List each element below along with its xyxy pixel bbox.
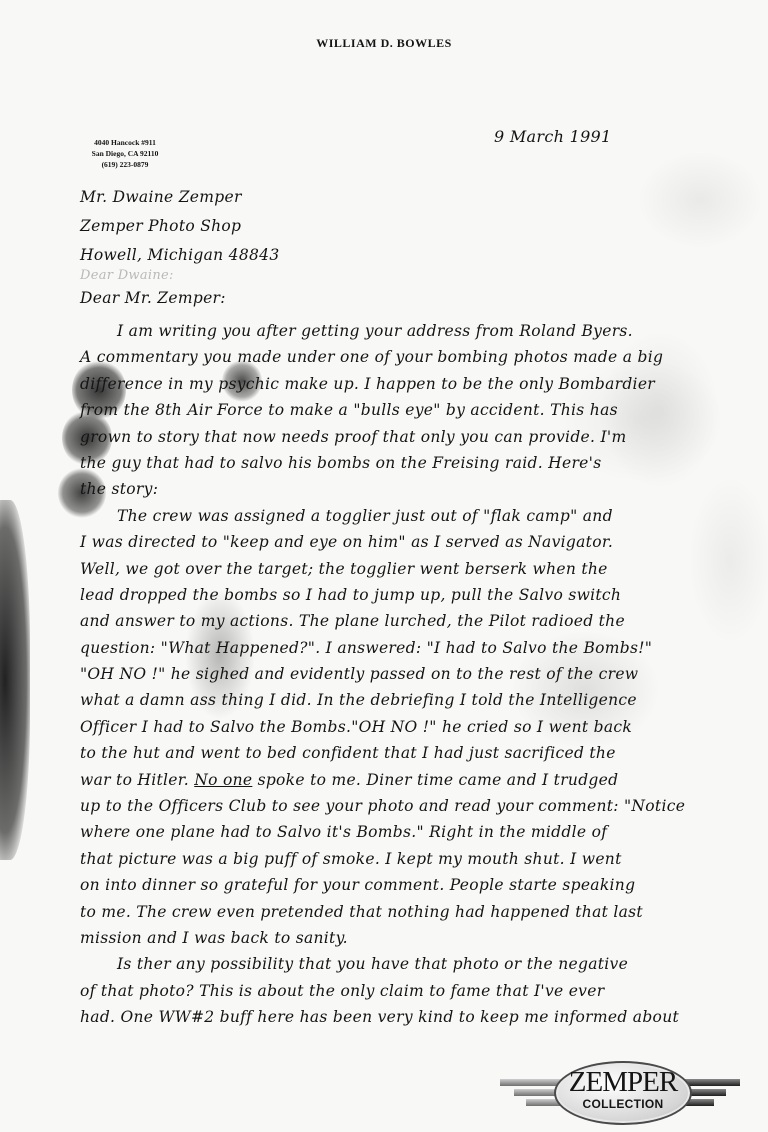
body-line-text: the guy that had to salvo his bombs on t… xyxy=(80,454,601,472)
body-line: The crew was assigned a togglier just ou… xyxy=(80,503,685,529)
body-line: A commentary you made under one of your … xyxy=(80,344,685,370)
body-line-text: had. One WW#2 buff here has been very ki… xyxy=(80,1008,679,1026)
body-line-text: that picture was a big puff of smoke. I … xyxy=(80,850,622,868)
body-line: I was directed to "keep and eye on him" … xyxy=(80,529,685,555)
body-line: to me. The crew even pretended that noth… xyxy=(80,899,685,925)
body-line: from the 8th Air Force to make a "bulls … xyxy=(80,397,685,423)
body-line-text: question: "What Happened?". I answered: … xyxy=(80,639,652,657)
body-line: difference in my psychic make up. I happ… xyxy=(80,371,685,397)
logo-oval: ZEMPER COLLECTION xyxy=(554,1061,692,1125)
recipient-line: Howell, Michigan 48843 xyxy=(80,241,280,270)
body-line-text: grown to story that now needs proof that… xyxy=(80,428,626,446)
address-line: (619) 223-0879 xyxy=(80,159,170,170)
logo-subtitle: COLLECTION xyxy=(556,1097,690,1111)
body-line: on into dinner so grateful for your comm… xyxy=(80,872,685,898)
body-line-text: A commentary you made under one of your … xyxy=(80,348,663,366)
salutation: Dear Mr. Zemper: xyxy=(80,289,226,307)
letter-body: I am writing you after getting your addr… xyxy=(80,318,685,1031)
zemper-collection-logo: ZEMPER COLLECTION xyxy=(500,1057,740,1127)
body-line: Is ther any possibility that you have th… xyxy=(80,951,685,977)
underlined-phrase: No one xyxy=(194,771,252,789)
letter-page: WILLIAM D. BOWLES 4040 Hancock #911 San … xyxy=(0,0,768,1132)
body-line-text: "OH NO !" he sighed and evidently passed… xyxy=(80,665,638,683)
body-line: and answer to my actions. The plane lurc… xyxy=(80,608,685,634)
body-line-text: Well, we got over the target; the toggli… xyxy=(80,560,608,578)
body-line-text: Is ther any possibility that you have th… xyxy=(117,955,628,973)
body-line: that picture was a big puff of smoke. I … xyxy=(80,846,685,872)
body-line-text: war to Hitler. xyxy=(80,771,189,789)
recipient-address: Mr. Dwaine Zemper Zemper Photo Shop Howe… xyxy=(80,183,280,270)
body-line-text: up to the Officers Club to see your phot… xyxy=(80,797,685,815)
body-line: I am writing you after getting your addr… xyxy=(80,318,685,344)
address-line: San Diego, CA 92110 xyxy=(80,148,170,159)
body-line-text: Officer I had to Salvo the Bombs."OH NO … xyxy=(80,718,632,736)
body-line-text: spoke to me. Diner time came and I trudg… xyxy=(252,771,618,789)
body-line-text: from the 8th Air Force to make a "bulls … xyxy=(80,401,618,419)
address-line: 4040 Hancock #911 xyxy=(80,137,170,148)
body-line-text: The crew was assigned a togglier just ou… xyxy=(117,507,613,525)
body-line: war to Hitler. No one spoke to me. Diner… xyxy=(80,767,685,793)
letter-date: 9 March 1991 xyxy=(494,127,612,146)
body-line: "OH NO !" he sighed and evidently passed… xyxy=(80,661,685,687)
body-line: up to the Officers Club to see your phot… xyxy=(80,793,685,819)
water-stain xyxy=(0,500,30,860)
letterhead-name: WILLIAM D. BOWLES xyxy=(0,36,768,51)
body-line: grown to story that now needs proof that… xyxy=(80,424,685,450)
body-line: question: "What Happened?". I answered: … xyxy=(80,635,685,661)
body-line-text: of that photo? This is about the only cl… xyxy=(80,982,604,1000)
body-line: Officer I had to Salvo the Bombs."OH NO … xyxy=(80,714,685,740)
body-line-text: difference in my psychic make up. I happ… xyxy=(80,375,655,393)
body-line: mission and I was back to sanity. xyxy=(80,925,685,951)
body-line: to the hut and went to bed confident tha… xyxy=(80,740,685,766)
body-line: what a damn ass thing I did. In the debr… xyxy=(80,687,685,713)
recipient-line: Zemper Photo Shop xyxy=(80,212,280,241)
body-line: the story: xyxy=(80,476,685,502)
body-line-text: and answer to my actions. The plane lurc… xyxy=(80,612,625,630)
faded-salutation: Dear Dwaine: xyxy=(80,268,174,283)
body-line-text: I was directed to "keep and eye on him" … xyxy=(80,533,613,551)
body-line-text: on into dinner so grateful for your comm… xyxy=(80,876,635,894)
body-line-text: mission and I was back to sanity. xyxy=(80,929,348,947)
body-line-text: lead dropped the bombs so I had to jump … xyxy=(80,586,621,604)
return-address: 4040 Hancock #911 San Diego, CA 92110 (6… xyxy=(80,137,170,170)
body-line: where one plane had to Salvo it's Bombs.… xyxy=(80,819,685,845)
body-line: of that photo? This is about the only cl… xyxy=(80,978,685,1004)
body-line-text: to the hut and went to bed confident tha… xyxy=(80,744,616,762)
body-line-text: what a damn ass thing I did. In the debr… xyxy=(80,691,637,709)
body-line: the guy that had to salvo his bombs on t… xyxy=(80,450,685,476)
body-line-text: I am writing you after getting your addr… xyxy=(117,322,633,340)
body-line-text: the story: xyxy=(80,480,158,498)
body-line-text: where one plane had to Salvo it's Bombs.… xyxy=(80,823,607,841)
logo-brand: ZEMPER xyxy=(556,1067,690,1097)
body-line-text: to me. The crew even pretended that noth… xyxy=(80,903,643,921)
body-line: lead dropped the bombs so I had to jump … xyxy=(80,582,685,608)
body-line: had. One WW#2 buff here has been very ki… xyxy=(80,1004,685,1030)
recipient-line: Mr. Dwaine Zemper xyxy=(80,183,280,212)
body-line: Well, we got over the target; the toggli… xyxy=(80,556,685,582)
